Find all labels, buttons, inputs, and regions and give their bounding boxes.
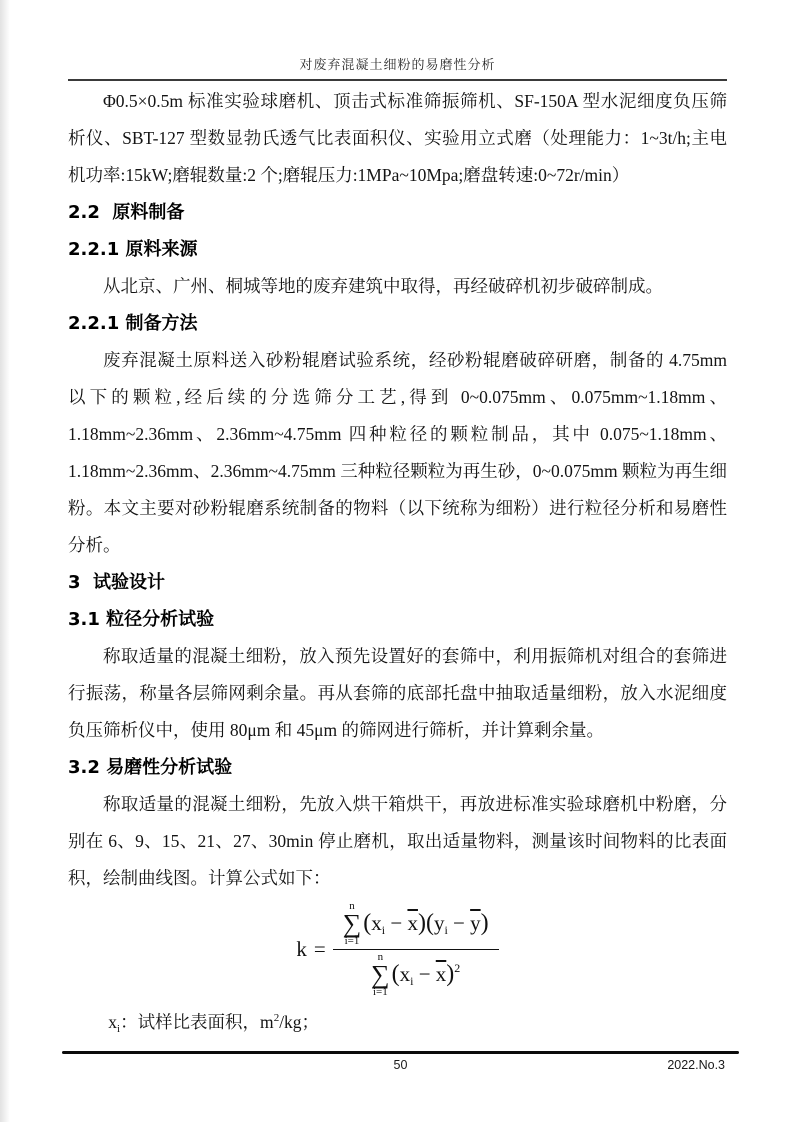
formula-token: i	[410, 974, 413, 988]
summation-symbol: n ∑ i=1	[343, 901, 362, 947]
formula-token: x	[400, 962, 411, 986]
variable-symbol: x	[108, 1012, 117, 1032]
formula-token: )	[481, 910, 489, 936]
heading-2-2-1-preparation-method: 2.2.1 制备方法	[68, 305, 727, 342]
page-footer: 50 2022.No.3	[62, 1051, 739, 1078]
heading-3-2-grindability-test: 3.2 易磨性分析试验	[68, 749, 727, 786]
formula-token: y	[470, 911, 481, 935]
variable-definition: xi：试样比表面积，m2/kg；	[68, 1001, 727, 1046]
heading-2-2-raw-material-preparation: 2.2 原料制备	[68, 194, 727, 231]
formula-token: i	[444, 923, 447, 937]
sigma-icon: ∑	[371, 963, 390, 987]
paragraph-source: 从北京、广州、桐城等地的废弃建筑中取得，再经破碎机初步破碎制成。	[68, 268, 727, 305]
formula-token: x	[407, 911, 418, 935]
page-number: 50	[62, 1058, 739, 1072]
denominator-expression: (xi − x)2	[392, 961, 461, 989]
page-header: 对废弃混凝土细粉的易磨性分析	[68, 0, 727, 81]
scan-edge-shadow	[0, 0, 10, 1122]
paragraph-method: 废弃混凝土原料送入砂粉辊磨试验系统，经砂粉辊磨破碎研磨，制备的 4.75mm 以…	[68, 342, 727, 564]
formula-lhs: k	[296, 937, 307, 962]
formula-token: i	[382, 923, 385, 937]
formula-token: −	[390, 911, 402, 935]
formula-numerator: n ∑ i=1 (xi − x)(yi − y)	[333, 901, 499, 950]
issue-number: 2022.No.3	[667, 1058, 725, 1072]
numerator-expression: (xi − x)(yi − y)	[363, 910, 488, 938]
formula-token: )(	[418, 910, 434, 936]
formula-block: k = n ∑ i=1 (xi − x)(yi − y) n	[68, 897, 727, 1001]
formula-equals: =	[314, 937, 326, 962]
running-title: 对废弃混凝土细粉的易磨性分析	[68, 56, 727, 74]
formula-token: x	[436, 962, 447, 986]
sum-lower-limit: i=1	[373, 987, 388, 998]
variable-colon: ：	[120, 1012, 138, 1032]
formula-token: y	[434, 911, 445, 935]
page-content: Φ0.5×0.5m 标准实验球磨机、顶击式标准筛振筛机、SF-150A 型水泥细…	[68, 81, 727, 1046]
variable-description: 试样比表面积，m	[138, 1012, 274, 1032]
footer-row: 50 2022.No.3	[62, 1054, 739, 1078]
paragraph-3-2: 称取适量的混凝土细粉，先放入烘干箱烘干，再放进标准实验球磨机中粉磨，分别在 6、…	[68, 786, 727, 897]
heading-3-experiment-design: 3 试验设计	[68, 564, 727, 601]
heading-3-1-particle-size-test: 3.1 粒径分析试验	[68, 601, 727, 638]
sigma-icon: ∑	[343, 912, 362, 936]
formula-token: x	[371, 911, 382, 935]
formula-token: (	[392, 961, 400, 987]
document-page: 对废弃混凝土细粉的易磨性分析 Φ0.5×0.5m 标准实验球磨机、顶击式标准筛振…	[0, 0, 793, 1122]
sum-lower-limit: i=1	[345, 936, 360, 947]
paragraph-equipment: Φ0.5×0.5m 标准实验球磨机、顶击式标准筛振筛机、SF-150A 型水泥细…	[68, 83, 727, 194]
summation-symbol: n ∑ i=1	[371, 952, 390, 998]
variable-unit: /kg；	[279, 1012, 319, 1032]
paragraph-3-1: 称取适量的混凝土细粉，放入预先设置好的套筛中，利用振筛机对组合的套筛进行振荡，称…	[68, 638, 727, 749]
heading-2-2-1-raw-material-source: 2.2.1 原料来源	[68, 231, 727, 268]
formula-token: 2	[454, 961, 460, 975]
formula-token: −	[453, 911, 465, 935]
regression-coefficient-formula: k = n ∑ i=1 (xi − x)(yi − y) n	[296, 901, 498, 998]
formula-token: −	[419, 962, 431, 986]
formula-denominator: n ∑ i=1 (xi − x)2	[361, 950, 470, 998]
formula-fraction: n ∑ i=1 (xi − x)(yi − y) n ∑ i=1 (xi − x…	[333, 901, 499, 998]
